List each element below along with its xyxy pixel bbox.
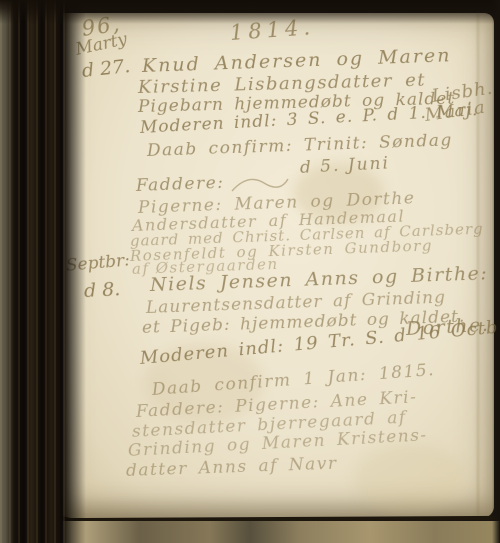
entry2-line: datter Anns af Navr — [126, 456, 338, 480]
entry2-date-day: d 8. — [84, 280, 121, 301]
photo-right-shadow — [492, 0, 500, 543]
paper-stain — [354, 443, 464, 513]
entry1-line: Faddere: — [136, 175, 225, 195]
register-page: 96, 1814. Marty d 27. Knud Andersen og M… — [54, 13, 494, 518]
entry1-date-day: d 27. — [81, 57, 131, 81]
binding-page-streaks — [0, 0, 70, 543]
photo-top-shadow — [0, 0, 500, 24]
entry1-line: d 5. Juni — [300, 155, 391, 177]
entry1-line: Daab confirm: Trinit: Søndag — [147, 132, 453, 160]
manuscript-photo: 96, 1814. Marty d 27. Knud Andersen og M… — [0, 0, 500, 543]
